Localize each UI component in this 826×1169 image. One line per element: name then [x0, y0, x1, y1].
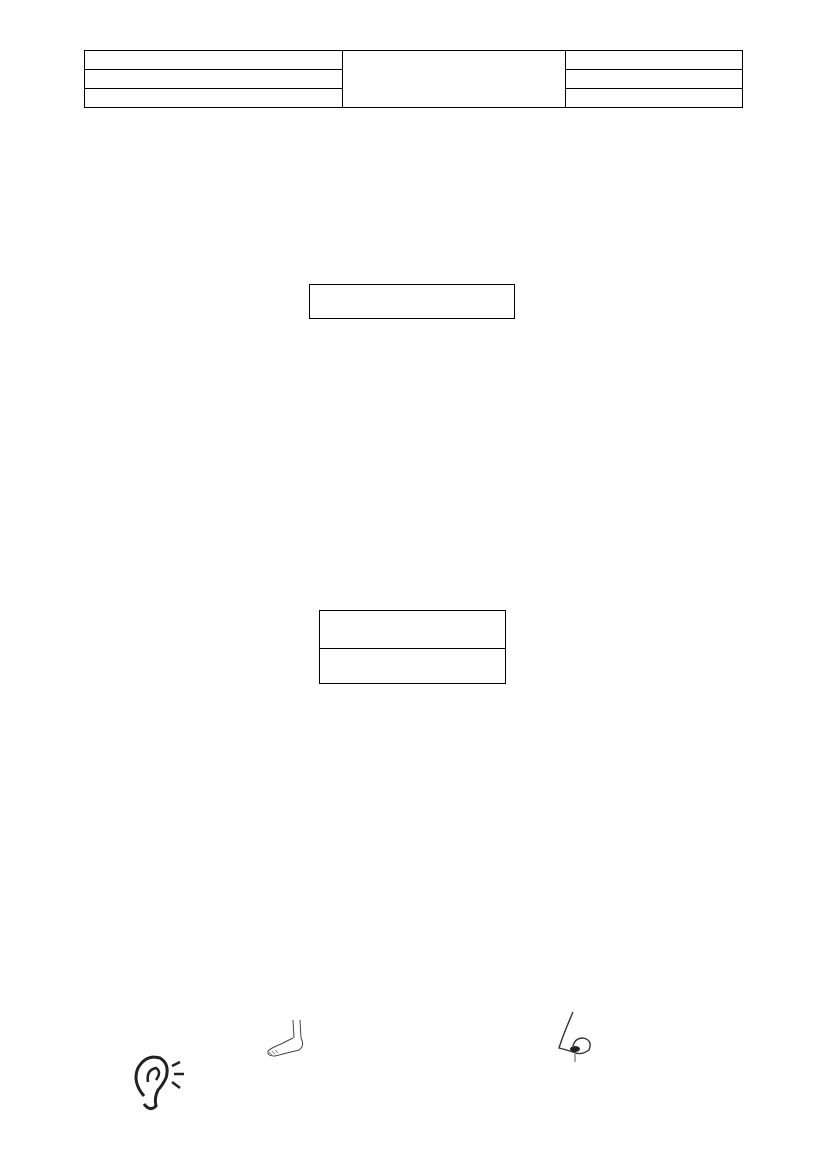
pronunciation-row-ea[interactable] — [320, 611, 505, 648]
ear-picture — [130, 1052, 186, 1118]
nose-picture — [553, 1010, 603, 1069]
pronunciation-box — [319, 610, 506, 684]
school-cell — [85, 51, 343, 70]
class-field[interactable] — [566, 89, 743, 108]
worksheet-page — [0, 0, 826, 1169]
foot-picture — [263, 1018, 311, 1064]
duration-cell — [85, 70, 343, 89]
teacher-cell — [566, 51, 743, 70]
test-title — [343, 51, 566, 108]
name-field[interactable] — [85, 89, 343, 108]
pronunciation-row-i[interactable] — [320, 648, 505, 685]
header-table — [84, 50, 743, 108]
word-box — [309, 284, 515, 319]
date-cell — [566, 70, 743, 89]
